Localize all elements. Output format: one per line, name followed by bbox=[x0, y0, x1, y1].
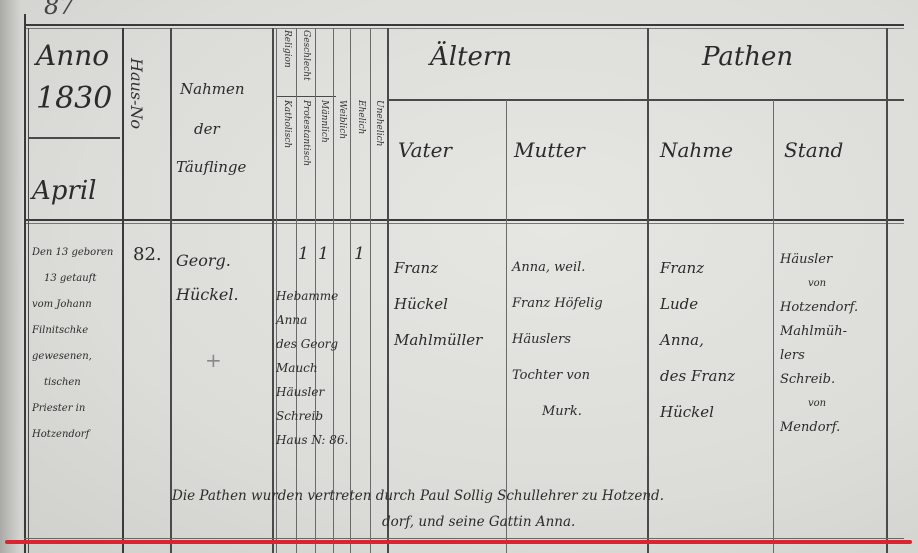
house-no-label: Haus-No bbox=[127, 58, 146, 129]
col-line-date-l bbox=[28, 28, 29, 553]
entry-midwife-text: Hebamme Anna des Georg Mauch Häusler Sch… bbox=[276, 284, 348, 452]
date-divider bbox=[28, 137, 120, 139]
tally-mark-2: 1 bbox=[318, 246, 329, 263]
col-line-0 bbox=[24, 14, 26, 553]
header-bottom-border-inner bbox=[24, 223, 904, 224]
child-names-label-1: Nahmen bbox=[180, 82, 245, 97]
entry-father: Franz Hückel Mahlmüller bbox=[394, 250, 482, 358]
col-line-sub-5 bbox=[350, 28, 351, 553]
col-line-right bbox=[886, 28, 888, 553]
godparents-group-label: Pathen bbox=[702, 44, 793, 70]
entry-mother: Anna, weil. Franz Höfelig Häuslers Tocht… bbox=[512, 250, 603, 430]
subcol-geschlecht-label: Geschlecht bbox=[301, 30, 311, 81]
col-line-sub-6 bbox=[370, 28, 371, 553]
col-line-name-r bbox=[272, 28, 274, 553]
subcol-ehelich-label: Weiblich bbox=[337, 100, 347, 139]
subcolumn-divider bbox=[276, 96, 336, 97]
godparent-name-label: Nahme bbox=[660, 140, 733, 160]
header-bottom-border bbox=[24, 219, 904, 221]
month-label: April bbox=[32, 178, 96, 204]
col-line-parents-l bbox=[387, 28, 389, 553]
top-border-inner bbox=[24, 28, 904, 29]
father-label: Vater bbox=[398, 140, 452, 160]
tally-mark-3: 1 bbox=[354, 246, 365, 263]
footnote-line-2: dorf, und seine Gattin Anna. bbox=[382, 516, 575, 530]
year-value: 1830 bbox=[36, 84, 112, 114]
entry-date-text: Den 13 geboren 13 getauft vom Johann Fil… bbox=[32, 240, 113, 448]
parents-group-label: Ältern bbox=[430, 44, 512, 70]
col-line-godname-r bbox=[773, 100, 774, 553]
red-annotation-line bbox=[5, 540, 912, 544]
entry-godparent-status: Häusler von Hotzendorf. Mahlmüh- lers Sc… bbox=[780, 248, 858, 440]
col-line-house-r bbox=[170, 28, 172, 553]
tally-mark-1: 1 bbox=[298, 246, 309, 263]
year-label: Anno bbox=[36, 42, 109, 70]
top-border bbox=[24, 24, 904, 26]
entry-child-name: Georg. Hückel. bbox=[176, 244, 239, 312]
group-header-divider bbox=[387, 99, 904, 101]
col-line-father-r bbox=[506, 100, 507, 553]
entry-house-no: 82. bbox=[133, 246, 162, 264]
col-line-date-r bbox=[122, 28, 124, 553]
godparent-status-label: Stand bbox=[784, 140, 843, 160]
subcol-religion-label: Religion bbox=[282, 30, 292, 68]
subcol-katholisch-label: Katholisch bbox=[282, 100, 292, 148]
cross-mark: + bbox=[205, 350, 222, 370]
mother-label: Mutter bbox=[514, 140, 585, 160]
register-page: 87 Anno 1830 April Haus-No Nahmen der Tä… bbox=[0, 0, 918, 553]
subcol-unehelich-2-label: Unehelich bbox=[374, 100, 384, 146]
subcol-weiblich-label: Männlich bbox=[319, 100, 329, 143]
next-row-border bbox=[24, 538, 904, 539]
subcol-unehelich-label: Ehelich bbox=[356, 100, 366, 134]
entry-godparent-names: Franz Lude Anna, des Franz Hückel bbox=[660, 250, 735, 430]
col-line-mother-r bbox=[647, 28, 649, 553]
footnote-line-1: Die Pathen wurden vertreten durch Paul S… bbox=[172, 490, 664, 504]
child-names-label-2: der bbox=[194, 122, 220, 137]
page-binding-shadow bbox=[0, 0, 22, 553]
child-names-label-3: Täuflinge bbox=[176, 160, 246, 175]
page-number: 87 bbox=[44, 0, 75, 18]
subcol-maennlich-label: Protestantisch bbox=[301, 100, 311, 166]
